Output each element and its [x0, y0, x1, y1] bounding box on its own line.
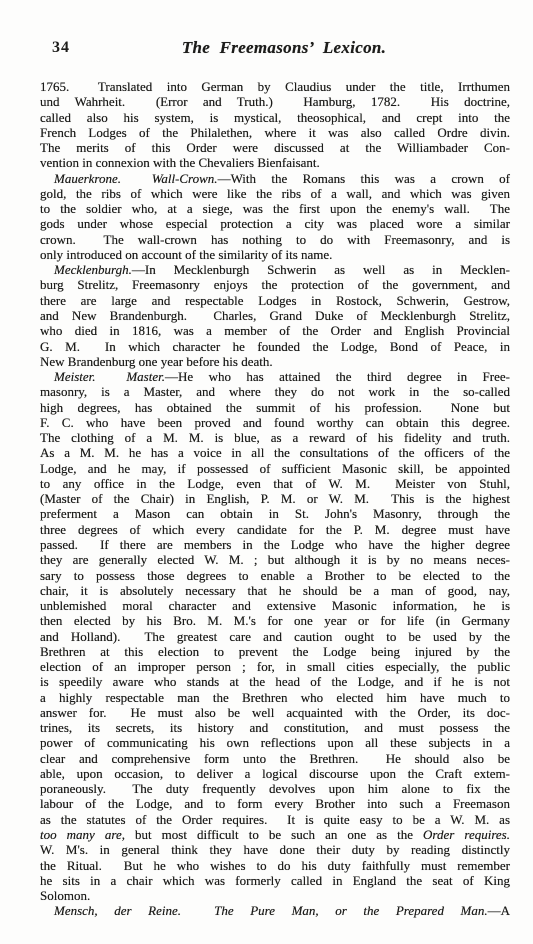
body-text-segment: labour of the Lodge, and to form every B…	[40, 796, 510, 811]
text-line: crown. The wall-crown has nothing to do …	[40, 232, 510, 247]
text-line: the Ritual. But he who wishes to do his …	[40, 858, 510, 873]
body-text-segment: they are generally elected W. M. ; but a…	[40, 552, 510, 567]
page-title: The Freemasons’ Lexicon.	[49, 38, 519, 58]
text-line: The clothing of a M. M. is blue, as a re…	[40, 430, 510, 445]
text-line: (Master of the Chair) in English, P. M. …	[40, 491, 510, 506]
body-text-segment: passed. If there are members in the Lodg…	[40, 537, 510, 552]
text-line: Mecklenburgh.—In Mecklenburgh Schwerin a…	[40, 262, 510, 277]
body-text-segment: and Holland). The greatest care and caut…	[40, 629, 510, 644]
body-text-segment: —He who has attained the third degree in…	[165, 369, 510, 384]
text-line: poraneously. The duty frequently devolve…	[40, 781, 510, 796]
text-line: there are large and respectable Lodges i…	[40, 293, 510, 308]
body-text-segment: three degrees of which every candidate f…	[40, 522, 510, 537]
body-text-segment: power of communicating his own reflectio…	[40, 735, 510, 750]
text-line: to any office in the Lodge, even that of…	[40, 476, 510, 491]
text-line: F. C. who have been proved and found wor…	[40, 415, 510, 430]
italic-text: too many are,	[40, 827, 125, 842]
body-text-segment: to the soldier who, at a siege, was the …	[40, 201, 510, 216]
body-text-segment: Solomon.	[40, 888, 90, 903]
italic-text: Mauerkrone. Wall-Crown.	[54, 171, 218, 186]
paragraph: Meister. Master.—He who has attained the…	[40, 369, 510, 903]
text-line: a highly respectable man the Brethren wh…	[40, 690, 510, 705]
body-text-segment: —With the Romans this was a crown of	[218, 171, 510, 186]
text-line: burg Strelitz, Freemasonry enjoys the pr…	[40, 277, 510, 292]
body-text-segment: gods under whose especial protection a c…	[40, 216, 510, 231]
text-line: high degrees, has obtained the summit of…	[40, 400, 510, 415]
text-line: French Lodges of the Philalethen, where …	[40, 125, 510, 140]
text-line: called also his system, is mystical, the…	[40, 110, 510, 125]
body-text-segment: trines, its secrets, its history and con…	[40, 720, 510, 735]
body-text-segment: —In Mecklenburgh Schwerin as well as in …	[132, 262, 510, 277]
body-text-segment: The merits of this Order were discussed …	[40, 140, 510, 155]
body-text-segment: masonry, is a Master, and where they do …	[40, 384, 510, 399]
text-line: W. M's. in general think they have done …	[40, 842, 510, 857]
body-text-segment: gold, the ribs of which were like the ri…	[40, 186, 510, 201]
body-text-segment: high degrees, has obtained the summit of…	[40, 400, 510, 415]
body-text-segment: unblemished moral character and extensiv…	[40, 598, 510, 613]
body-text-segment: G. M. In which character he founded the …	[40, 339, 510, 354]
body-text-segment: crown. The wall-crown has nothing to do …	[40, 232, 510, 247]
text-line: and New Brandenburgh. Charles, Grand Duk…	[40, 308, 510, 323]
body-text-segment: who died in 1816, was a member of the Or…	[40, 323, 510, 338]
text-line: then elected by his Bro. M. M.'s for one…	[40, 613, 510, 628]
body-text-segment: vention in connexion with the Chevaliers…	[40, 155, 320, 170]
body-text-segment: the Ritual. But he who wishes to do his …	[40, 858, 510, 873]
text-line: is speedily aware who stands at the head…	[40, 674, 510, 689]
body-text-segment: as the statutes of the Order requires. I…	[40, 812, 510, 827]
text-line: Lodge, and he may, if possessed of suffi…	[40, 461, 510, 476]
paragraph: 1765. Translated into German by Claudius…	[40, 79, 510, 171]
paragraph: Mensch, der Reine. The Pure Man, or the …	[40, 903, 510, 918]
italic-text: Meister. Master.	[54, 369, 165, 384]
body-text-segment: only introduced on account of the simila…	[40, 247, 332, 262]
body-text-segment: called also his system, is mystical, the…	[40, 110, 510, 125]
body-text-segment: Lodge, and he may, if possessed of suffi…	[40, 461, 510, 476]
body-text-segment: 1765. Translated into German by Claudius…	[40, 79, 510, 94]
body-text-segment: but most difficult to be such an one as …	[125, 827, 423, 842]
text-line: to the soldier who, at a siege, was the …	[40, 201, 510, 216]
text-line: passed. If there are members in the Lodg…	[40, 537, 510, 552]
text-line: and Holland). The greatest care and caut…	[40, 629, 510, 644]
body-text-segment: As a M. M. he has a voice in all the con…	[40, 445, 510, 460]
body-text-segment: he sits in a chair which was formerly ca…	[40, 873, 510, 888]
text-line: gods under whose especial protection a c…	[40, 216, 510, 231]
text-line: three degrees of which every candidate f…	[40, 522, 510, 537]
text-line: Brethren at this election to prevent the…	[40, 644, 510, 659]
body-text-segment: a highly respectable man the Brethren wh…	[40, 690, 510, 705]
text-line: too many are, but most difficult to be s…	[40, 827, 510, 842]
text-line: As a M. M. he has a voice in all the con…	[40, 445, 510, 460]
paragraph: Mauerkrone. Wall-Crown.—With the Romans …	[40, 171, 510, 263]
paragraph: Mecklenburgh.—In Mecklenburgh Schwerin a…	[40, 262, 510, 369]
text-line: clear and comprehensive form unto the Br…	[40, 751, 510, 766]
body-text-segment: election of an improper person ; for, in…	[40, 659, 510, 674]
text-line: G. M. In which character he founded the …	[40, 339, 510, 354]
text-line: labour of the Lodge, and to form every B…	[40, 796, 510, 811]
body-text-segment: answer for. He must also be well acquain…	[40, 705, 510, 720]
text-line: masonry, is a Master, and where they do …	[40, 384, 510, 399]
body-text-segment: sary to possess those degrees to enable …	[40, 568, 510, 583]
text-line: The merits of this Order were discussed …	[40, 140, 510, 155]
body-text-segment: and New Brandenburgh. Charles, Grand Duk…	[40, 308, 510, 323]
body-text-segment: preferment a Mason can obtain in St. Joh…	[40, 506, 510, 521]
text-line: only introduced on account of the simila…	[40, 247, 510, 262]
body-text-segment: F. C. who have been proved and found wor…	[40, 415, 510, 430]
body-text-segment: und Wahrheit. (Error and Truth.) Hamburg…	[40, 94, 510, 109]
body-text-segment: New Brandenburg one year before his deat…	[40, 354, 273, 369]
text-line: sary to possess those degrees to enable …	[40, 568, 510, 583]
text-line: gold, the ribs of which were like the ri…	[40, 186, 510, 201]
body-text-segment: to any office in the Lodge, even that of…	[40, 476, 510, 491]
text-line: they are generally elected W. M. ; but a…	[40, 552, 510, 567]
text-line: as the statutes of the Order requires. I…	[40, 812, 510, 827]
body-text-segment: is speedily aware who stands at the head…	[40, 674, 510, 689]
body-text-segment: there are large and respectable Lodges i…	[40, 293, 510, 308]
text-line: who died in 1816, was a member of the Or…	[40, 323, 510, 338]
text-line: able, upon occasion, to deliver a logica…	[40, 766, 510, 781]
body-text-segment: chair, it is absolutely necessary that h…	[40, 583, 510, 598]
italic-text: Mecklenburgh.	[54, 262, 132, 277]
text-line: election of an improper person ; for, in…	[40, 659, 510, 674]
text-line: und Wahrheit. (Error and Truth.) Hamburg…	[40, 94, 510, 109]
body-text-segment: burg Strelitz, Freemasonry enjoys the pr…	[40, 277, 510, 292]
text-line: New Brandenburg one year before his deat…	[40, 354, 510, 369]
body-text-segment: W. M's. in general think they have done …	[40, 842, 510, 857]
body-text-segment: able, upon occasion, to deliver a logica…	[40, 766, 510, 781]
body-text-segment: (Master of the Chair) in English, P. M. …	[40, 491, 510, 506]
text-line: he sits in a chair which was formerly ca…	[40, 873, 510, 888]
body-text-segment: clear and comprehensive form unto the Br…	[40, 751, 510, 766]
text-line: power of communicating his own reflectio…	[40, 735, 510, 750]
text-line: chair, it is absolutely necessary that h…	[40, 583, 510, 598]
italic-text: Order requires.	[423, 827, 510, 842]
body-text-segment: The clothing of a M. M. is blue, as a re…	[40, 430, 510, 445]
text-line: Solomon.	[40, 888, 510, 903]
book-page: 34 The Freemasons’ Lexicon. 1765. Transl…	[0, 0, 533, 944]
text-line: preferment a Mason can obtain in St. Joh…	[40, 506, 510, 521]
text-line: Mauerkrone. Wall-Crown.—With the Romans …	[40, 171, 510, 186]
text-line: trines, its secrets, its history and con…	[40, 720, 510, 735]
text-line: Mensch, der Reine. The Pure Man, or the …	[40, 903, 510, 918]
body-text-segment: then elected by his Bro. M. M.'s for one…	[40, 613, 510, 628]
page-body: 1765. Translated into German by Claudius…	[40, 79, 510, 919]
italic-text: Mensch, der Reine. The Pure Man, or the …	[54, 903, 488, 918]
body-text-segment: Brethren at this election to prevent the…	[40, 644, 510, 659]
text-line: answer for. He must also be well acquain…	[40, 705, 510, 720]
text-line: unblemished moral character and extensiv…	[40, 598, 510, 613]
body-text-segment: poraneously. The duty frequently devolve…	[40, 781, 510, 796]
text-line: vention in connexion with the Chevaliers…	[40, 155, 510, 170]
text-line: 1765. Translated into German by Claudius…	[40, 79, 510, 94]
body-text-segment: French Lodges of the Philalethen, where …	[40, 125, 510, 140]
page-header: 34 The Freemasons’ Lexicon.	[40, 36, 510, 62]
text-line: Meister. Master.—He who has attained the…	[40, 369, 510, 384]
body-text-segment: —A	[488, 903, 510, 918]
